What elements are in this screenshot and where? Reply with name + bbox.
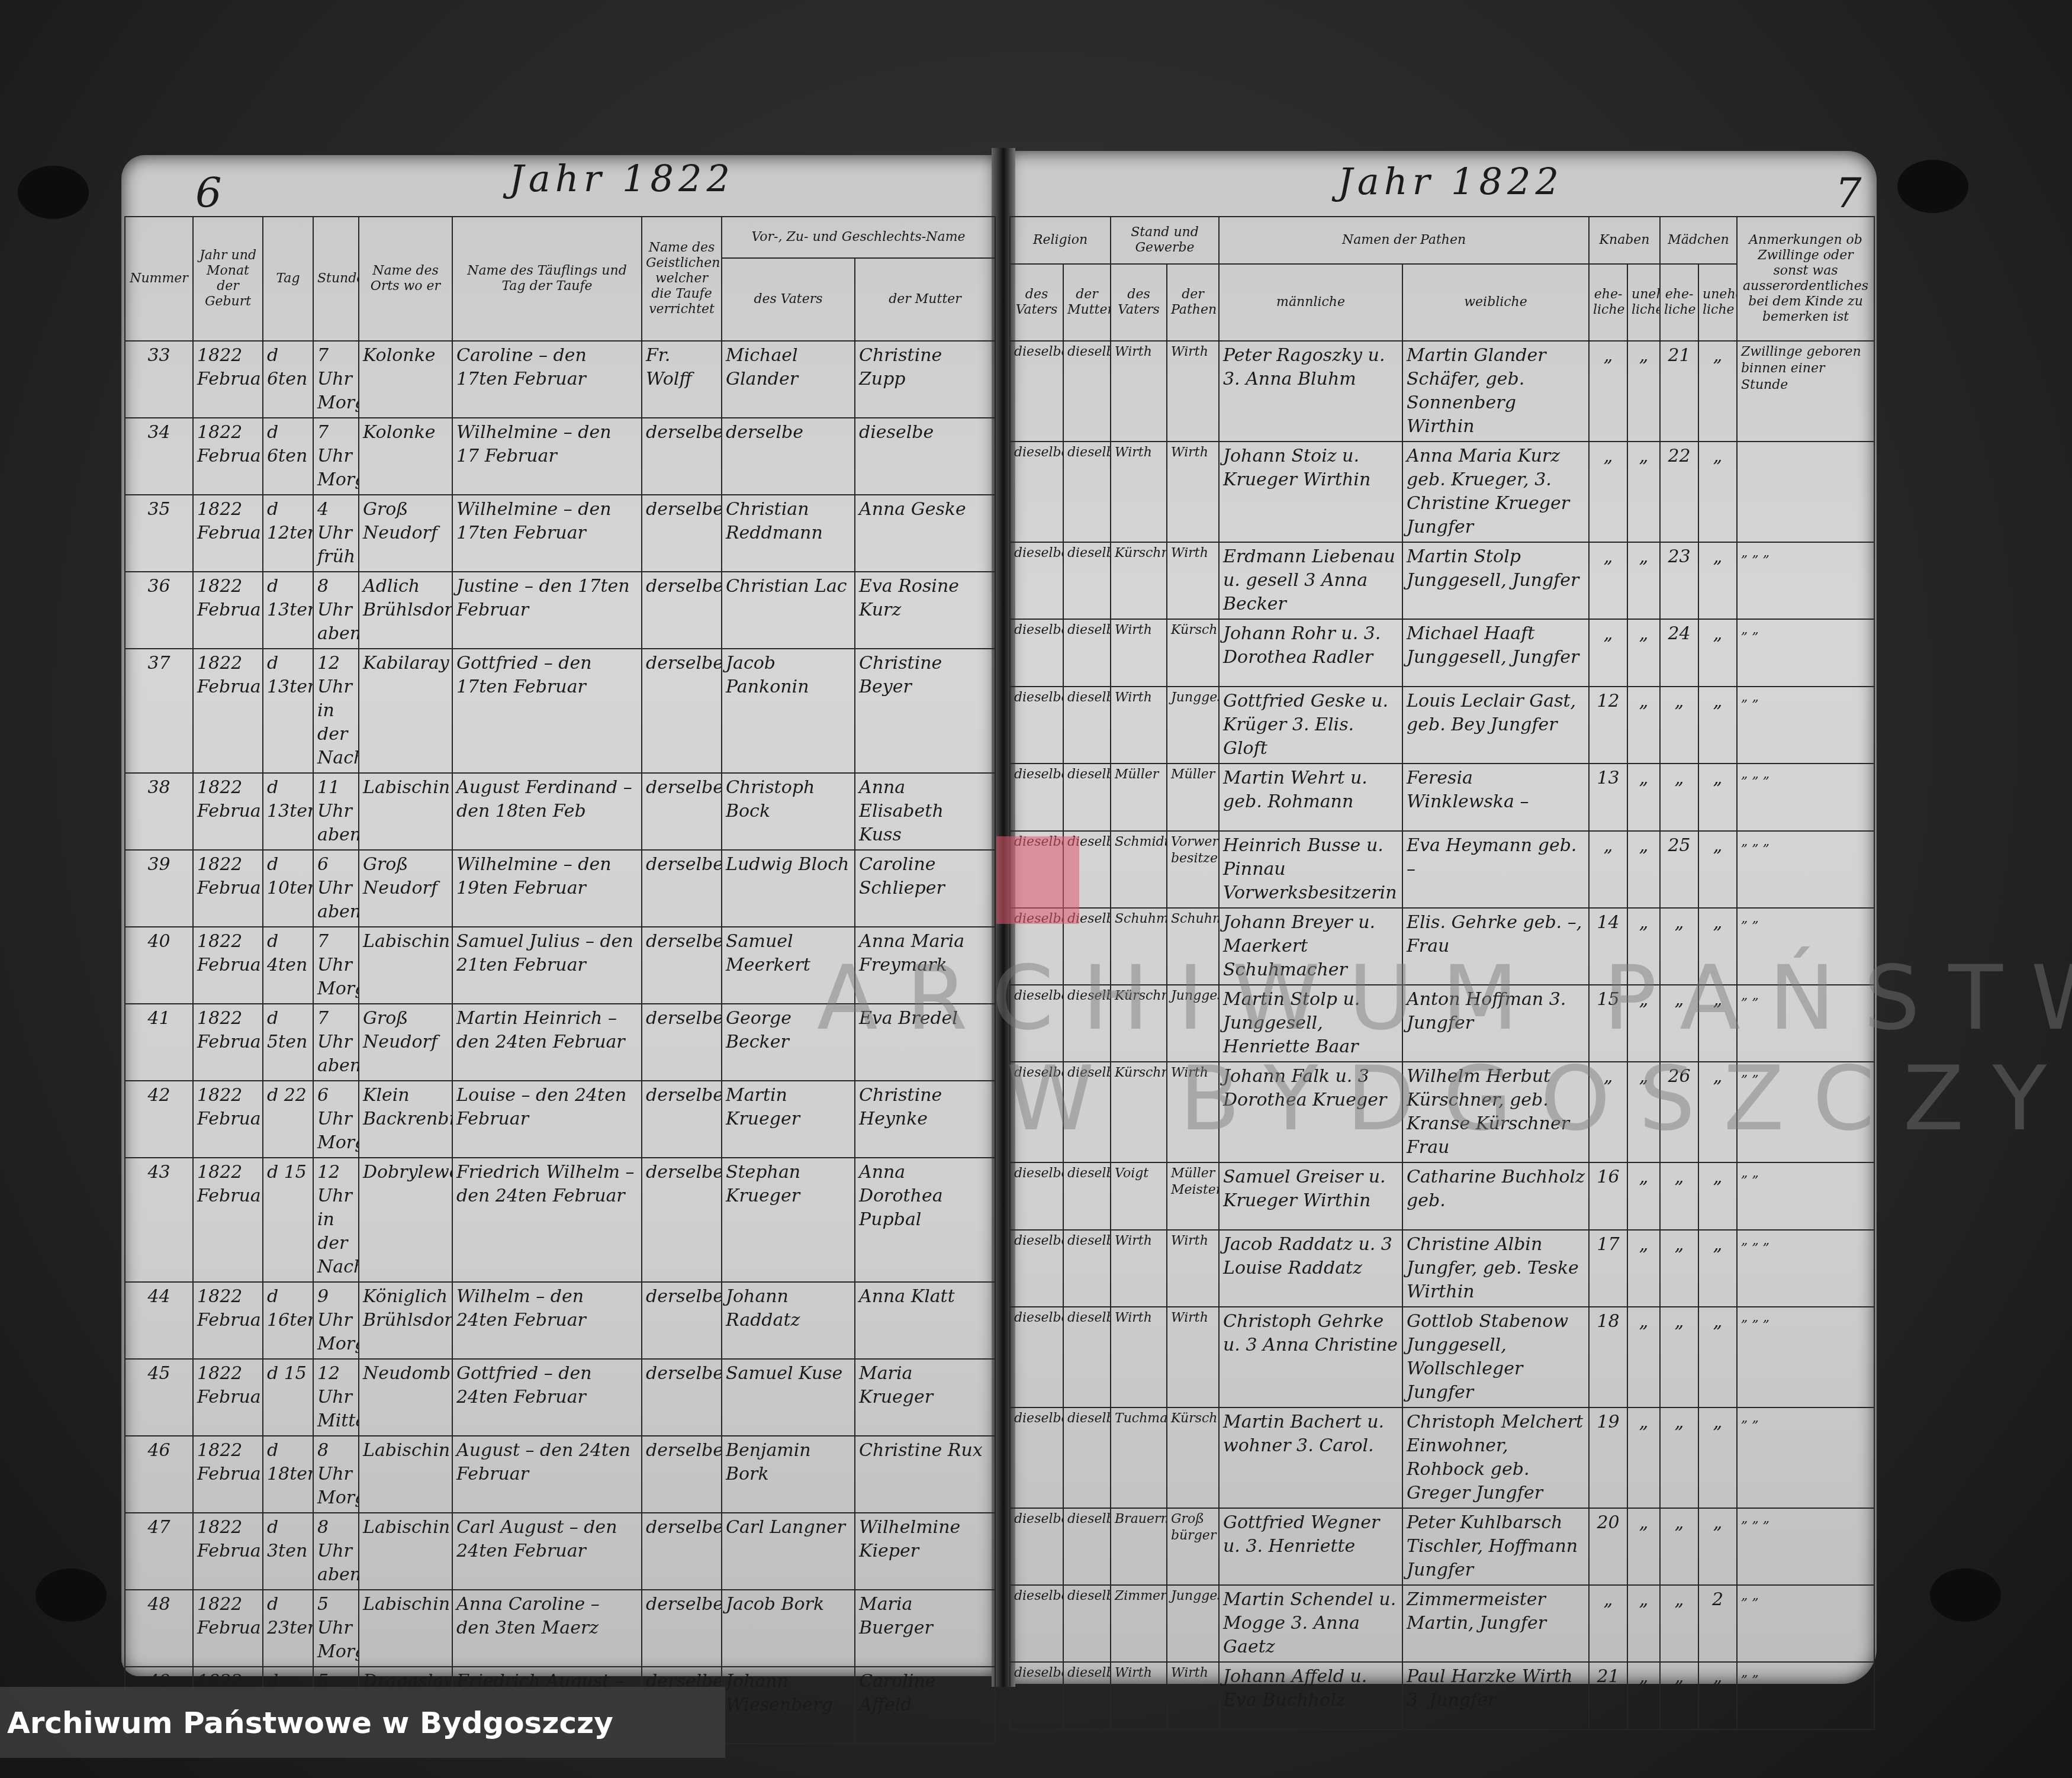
trade-father: Wirth [1111,1230,1167,1307]
birth-day: d 4ten [263,927,313,1004]
header-girls-illegit: unehe-liche [1698,264,1737,341]
remarks: „ „ [1737,619,1874,687]
religion-mother: dieselbe [1063,764,1111,831]
clergy-name: derselbe [642,495,722,572]
trade-father: Kürschner [1111,542,1167,619]
girls-illegitimate: „ [1698,341,1737,442]
girls-illegitimate: „ [1698,442,1737,542]
godparents-male: Heinrich Busse u. Pinnau Vorwerksbesitze… [1219,831,1402,908]
birth-year-month: 1822 Februar [193,1359,263,1436]
godparents-male: Martin Schendel u. Mogge 3. Anna Gaetz [1219,1585,1402,1662]
birth-day: d 15 [263,1158,313,1282]
header-male: männliche [1219,264,1402,341]
table-row: dieselbedieselbeVoigtMüller MeisterSamue… [1010,1162,1874,1230]
boys-legitimate: 21 [1589,1662,1627,1729]
binder-clip [36,1568,107,1622]
boys-illegitimate: „ [1627,619,1660,687]
table-row: dieselbedieselbeWirthJunggesellGottfried… [1010,687,1874,764]
godparents-male: Peter Ragoszky u. 3. Anna Bluhm [1219,341,1402,442]
boys-legitimate: „ [1589,341,1627,442]
birth-place: Kolonke [359,341,452,418]
religion-mother: dieselbe [1063,619,1111,687]
trade-godparents: Kürschner [1167,1407,1219,1508]
page-number-right: 7 [1835,169,1862,217]
header-female: weibliche [1402,264,1589,341]
entry-number: 38 [125,773,193,850]
birth-year-month: 1822 Februar [193,850,263,927]
clergy-name: derselbe [642,1081,722,1158]
birth-day: d 22 [263,1081,313,1158]
godparents-male: Johann Rohr u. 3. Dorothea Radler [1219,619,1402,687]
birth-year-month: 1822 Februar [193,1158,263,1282]
father-name: Ludwig Bloch [722,850,855,927]
remarks: „ „ [1737,1407,1874,1508]
religion-mother: dieselbe [1063,1162,1111,1230]
header-remarks: Anmerkungen ob Zwillinge oder sonst was … [1737,217,1874,341]
remarks: „ „ [1737,1162,1874,1230]
birth-place: Groß Neudorf [359,1004,452,1081]
religion-mother: dieselbe [1063,1662,1111,1729]
father-name: Benjamin Bork [722,1436,855,1513]
clergy-name: derselbe [642,773,722,850]
birth-hour: 6 Uhr Morgens [313,1081,359,1158]
birth-day: d 6ten [263,418,313,495]
girls-legitimate: 24 [1660,619,1698,687]
header-religion-mother: der Mutter [1063,264,1111,341]
binder-clip [1897,160,1968,213]
trade-father: Wirth [1111,1307,1167,1407]
girls-illegitimate: „ [1698,1407,1737,1508]
father-name: Carl Langner [722,1513,855,1590]
godparents-female: Martin Glander Schäfer, geb. Sonnenberg … [1402,341,1589,442]
father-name: Christoph Bock [722,773,855,850]
table-row: 441822 Februard 16ten9 Uhr MorgensKönigl… [125,1282,995,1359]
boys-legitimate: 17 [1589,1230,1627,1307]
trade-godparents: Groß bürger [1167,1508,1219,1585]
boys-illegitimate: „ [1627,1662,1660,1729]
trade-father: Wirth [1111,619,1167,687]
trade-godparents: Müller Meister [1167,1162,1219,1230]
child-name: Louise – den 24ten Februar [452,1081,642,1158]
entry-number: 45 [125,1359,193,1436]
godparents-female: Feresia Winklewska – [1402,764,1589,831]
trade-father: Müller [1111,764,1167,831]
trade-father: Wirth [1111,442,1167,542]
girls-illegitimate: „ [1698,1230,1737,1307]
mother-name: Anna Geske [855,495,995,572]
girls-illegitimate: „ [1698,764,1737,831]
child-name: Gottfried – den 17ten Februar [452,649,642,773]
girls-illegitimate: „ [1698,1662,1737,1729]
godparents-male: Martin Bachert u. wohner 3. Carol. [1219,1407,1402,1508]
remarks: „ „ „ [1737,764,1874,831]
girls-illegitimate: „ [1698,619,1737,687]
religion-father: dieselbe [1010,1307,1063,1407]
religion-father: dieselbe [1010,1230,1063,1307]
trade-godparents: Wirth [1167,1307,1219,1407]
table-row: dieselbedieselbeKürschnerWirthErdmann Li… [1010,542,1874,619]
birth-year-month: 1822 Februar [193,1436,263,1513]
clergy-name: derselbe [642,649,722,773]
mother-name: Caroline Affeld [855,1667,995,1744]
clergy-name: derselbe [642,1513,722,1590]
table-row: 391822 Februard 10ten6 Uhr abendsGroß Ne… [125,850,995,927]
boys-illegitimate: „ [1627,831,1660,908]
remarks: „ „ [1737,687,1874,764]
birth-hour: 12 Uhr in der Nacht [313,649,359,773]
birth-hour: 8 Uhr abends [313,1513,359,1590]
father-name: Michael Glander [722,341,855,418]
clergy-name: derselbe [642,572,722,649]
mother-name: Christine Beyer [855,649,995,773]
boys-legitimate: „ [1589,542,1627,619]
godparents-female: Martin Stolp Junggesell, Jungfer [1402,542,1589,619]
godparents-female: Anna Maria Kurz geb. Krueger, 3. Christi… [1402,442,1589,542]
birth-year-month: 1822 Februar [193,773,263,850]
girls-legitimate: „ [1660,1230,1698,1307]
header-boys: Knaben [1589,217,1660,264]
boys-illegitimate: „ [1627,1307,1660,1407]
child-name: August – den 24ten Februar [452,1436,642,1513]
birth-day: d 16ten [263,1282,313,1359]
year-heading-left: Jahr 1822 [509,157,735,200]
clergy-name: derselbe [642,850,722,927]
birth-place: Labischin [359,1513,452,1590]
birth-hour: 4 Uhr früh [313,495,359,572]
religion-father: dieselbe [1010,1585,1063,1662]
child-name: Carl August – den 24ten Februar [452,1513,642,1590]
child-name: Wilhelmine – den 17ten Februar [452,495,642,572]
boys-legitimate: „ [1589,442,1627,542]
birth-hour: 12 Uhr in der Nacht [313,1158,359,1282]
trade-father: Voigt [1111,1162,1167,1230]
trade-godparents: Wirth [1167,1662,1219,1729]
religion-mother: dieselbe [1063,542,1111,619]
clergy-name: derselbe [642,418,722,495]
birth-place: Königlich Brühlsdorf [359,1282,452,1359]
clergy-name: derselbe [642,927,722,1004]
birth-year-month: 1822 Februar [193,927,263,1004]
entry-number: 39 [125,850,193,927]
table-row: dieselbedieselbeWirthKürschnerJohann Roh… [1010,619,1874,687]
girls-legitimate: 23 [1660,542,1698,619]
birth-hour: 11 Uhr abends [313,773,359,850]
religion-father: dieselbe [1010,619,1063,687]
header-year-month: Jahr und Monat der Geburt [193,217,263,341]
table-row: dieselbedieselbeWirthWirthJohann Affeld … [1010,1662,1874,1729]
father-name: Samuel Kuse [722,1359,855,1436]
header-clergy: Name des Geistlichen welcher die Taufe v… [642,217,722,341]
mother-name: dieselbe [855,418,995,495]
entry-number: 44 [125,1282,193,1359]
boys-legitimate: 18 [1589,1307,1627,1407]
birth-hour: 8 Uhr abends [313,572,359,649]
entry-number: 34 [125,418,193,495]
girls-legitimate: 21 [1660,341,1698,442]
boys-illegitimate: „ [1627,1407,1660,1508]
godparents-female: Christine Albin Jungfer, geb. Teske Wirt… [1402,1230,1589,1307]
birth-year-month: 1822 Februar [193,1004,263,1081]
remarks: „ „ [1737,1662,1874,1729]
father-name: Christian Lac [722,572,855,649]
birth-year-month: 1822 Februar [193,1081,263,1158]
clergy-name: derselbe [642,1004,722,1081]
trade-godparents: Wirth [1167,542,1219,619]
birth-place: Adlich Brühlsdorf [359,572,452,649]
boys-legitimate: 13 [1589,764,1627,831]
birth-year-month: 1822 Februar [193,572,263,649]
girls-legitimate: „ [1660,687,1698,764]
header-trade-father: des Vaters [1111,264,1167,341]
entry-number: 48 [125,1590,193,1667]
remarks: „ „ [1737,1585,1874,1662]
girls-legitimate: „ [1660,1407,1698,1508]
godparents-female: Paul Harzke Wirth 3. Jungfer [1402,1662,1589,1729]
remarks: „ „ „ [1737,1508,1874,1585]
birth-hour: 7 Uhr Morgens [313,418,359,495]
boys-illegitimate: „ [1627,1585,1660,1662]
trade-godparents: Kürschner [1167,619,1219,687]
godparents-female: Zimmermeister Martin, Jungfer [1402,1585,1589,1662]
table-row: dieselbedieselbeBrauermeisterGroß bürger… [1010,1508,1874,1585]
birth-day: d 13ten [263,773,313,850]
mother-name: Eva Rosine Kurz [855,572,995,649]
header-day: Tag [263,217,313,341]
father-name: derselbe [722,418,855,495]
page-number-left: 6 [195,169,222,217]
child-name: Wilhelmine – den 19ten Februar [452,850,642,927]
godparents-male: Gottfried Geske u. Krüger 3. Elis. Gloft [1219,687,1402,764]
birth-year-month: 1822 Februar [193,1513,263,1590]
child-name: Wilhelm – den 24ten Februar [452,1282,642,1359]
birth-hour: 5 Uhr Morgens [313,1590,359,1667]
girls-legitimate: „ [1660,1508,1698,1585]
trade-godparents: Junggesell [1167,1585,1219,1662]
religion-father: dieselbe [1010,1407,1063,1508]
entry-number: 46 [125,1436,193,1513]
godparents-male: Gottfried Wegner u. 3. Henriette [1219,1508,1402,1585]
trade-father: Brauermeister [1111,1508,1167,1585]
birth-place: Kolonke [359,418,452,495]
religion-mother: dieselbe [1063,1585,1111,1662]
clergy-name: derselbe [642,1282,722,1359]
header-number: Nummer [125,217,193,341]
girls-legitimate: „ [1660,1585,1698,1662]
clergy-name: Fr. Wolff [642,341,722,418]
girls-illegitimate: „ [1698,687,1737,764]
header-trade: Stand und Gewerbe [1111,217,1219,264]
boys-legitimate: 20 [1589,1508,1627,1585]
binder-clip [1930,1568,2001,1622]
girls-illegitimate: „ [1698,1307,1737,1407]
table-row: dieselbedieselbeWirthWirthChristoph Gehr… [1010,1307,1874,1407]
table-row: 361822 Februard 13ten8 Uhr abendsAdlich … [125,572,995,649]
clergy-name: derselbe [642,1436,722,1513]
table-row: dieselbedieselbeSchmidtVorwerks besitzer… [1010,831,1874,908]
religion-father: dieselbe [1010,341,1063,442]
table-row: 451822 Februard 1512 Uhr MittagsNeudombi… [125,1359,995,1436]
entry-number: 37 [125,649,193,773]
clergy-name: derselbe [642,1359,722,1436]
archive-watermark-location: W BYDGOSZCZY [1006,1048,2072,1151]
birth-place: Neudombie [359,1359,452,1436]
header-boys-illegit: unehe-liche [1627,264,1660,341]
table-row: 421822 Februard 226 Uhr MorgensKlein Bac… [125,1081,995,1158]
religion-mother: dieselbe [1063,1230,1111,1307]
godparents-female: Catharine Buchholz geb. [1402,1162,1589,1230]
trade-father: Zimmermeister [1111,1585,1167,1662]
header-boys-legit: ehe-liche [1589,264,1627,341]
boys-legitimate: 19 [1589,1407,1627,1508]
religion-mother: dieselbe [1063,1307,1111,1407]
birth-year-month: 1822 Februar [193,418,263,495]
table-row: dieselbedieselbeWirthWirthJohann Stoiz u… [1010,442,1874,542]
entry-number: 40 [125,927,193,1004]
boys-legitimate: „ [1589,619,1627,687]
header-father: des Vaters [722,258,855,341]
birth-day: d 18ten [263,1436,313,1513]
birth-day: d 13ten [263,649,313,773]
remarks: „ „ „ [1737,831,1874,908]
girls-illegitimate: „ [1698,1162,1737,1230]
table-row: dieselbedieselbeMüllerMüllerMartin Wehrt… [1010,764,1874,831]
year-heading-right: Jahr 1822 [1338,160,1563,203]
religion-father: dieselbe [1010,1662,1063,1729]
father-name: Johann Wiesenberg [722,1667,855,1744]
binder-clip [18,166,89,219]
child-name: Anna Caroline – den 3ten Maerz [452,1590,642,1667]
birth-year-month: 1822 Februar [193,1590,263,1667]
mother-name: Anna Klatt [855,1282,995,1359]
girls-legitimate: 22 [1660,442,1698,542]
trade-godparents: Wirth [1167,341,1219,442]
father-name: Johann Raddatz [722,1282,855,1359]
birth-year-month: 1822 Februar [193,1282,263,1359]
archive-caption: Archiwum Państwowe w Bydgoszczy [7,1706,613,1740]
child-name: Wilhelmine – den 17 Februar [452,418,642,495]
child-name: Gottfried – den 24ten Februar [452,1359,642,1436]
girls-illegitimate: „ [1698,1508,1737,1585]
birth-place: Labischin [359,1590,452,1667]
godparents-female: Christoph Melchert Einwohner, Rohbock ge… [1402,1407,1589,1508]
remarks: „ „ „ [1737,542,1874,619]
table-row: 351822 Februard 12ten4 Uhr frühGroß Neud… [125,495,995,572]
birth-day: d 15 [263,1359,313,1436]
birth-place: Labischin [359,773,452,850]
birth-year-month: 1822 Februar [193,341,263,418]
table-row: dieselbedieselbeWirthWirthPeter Ragoszky… [1010,341,1874,442]
boys-illegitimate: „ [1627,1162,1660,1230]
birth-day: d 23ten [263,1590,313,1667]
religion-mother: dieselbe [1063,442,1111,542]
girls-legitimate: „ [1660,1307,1698,1407]
birth-day: d 13ten [263,572,313,649]
father-name: Christian Reddmann [722,495,855,572]
table-row: 331822 Februard 6ten7 Uhr MorgensKolonke… [125,341,995,418]
boys-illegitimate: „ [1627,687,1660,764]
godparents-female: Gottlob Stabenow Junggesell, Wollschlege… [1402,1307,1589,1407]
godparents-male: Martin Wehrt u. geb. Rohmann [1219,764,1402,831]
godparents-female: Peter Kuhlbarsch Tischler, Hoffmann Jung… [1402,1508,1589,1585]
table-row: 471822 Februard 3ten8 Uhr abendsLabischi… [125,1513,995,1590]
child-name: August Ferdinand – den 18ten Feb [452,773,642,850]
religion-father: dieselbe [1010,442,1063,542]
boys-illegitimate: „ [1627,1508,1660,1585]
remarks: Zwillinge geboren binnen einer Stunde [1737,341,1874,442]
table-row: 431822 Februard 1512 Uhr in der NachtDob… [125,1158,995,1282]
trade-godparents: Vorwerks besitzer [1167,831,1219,908]
mother-name: Anna Dorothea Pupbal [855,1158,995,1282]
table-row: dieselbedieselbeZimmermeisterJunggesellM… [1010,1585,1874,1662]
boys-legitimate: 16 [1589,1162,1627,1230]
entry-number: 43 [125,1158,193,1282]
trade-godparents: Junggesell [1167,687,1219,764]
trade-father: Tuchmacher [1111,1407,1167,1508]
header-mother: der Mutter [855,258,995,341]
boys-illegitimate: „ [1627,1230,1660,1307]
birth-day: d 3ten [263,1513,313,1590]
trade-father: Wirth [1111,687,1167,764]
birth-place: Klein Backrenbruch [359,1081,452,1158]
girls-legitimate: „ [1660,1162,1698,1230]
entry-number: 33 [125,341,193,418]
table-row: 461822 Februard 18ten8 Uhr MorgensLabisc… [125,1436,995,1513]
header-child-name: Name des Täuflings und Tag der Taufe [452,217,642,341]
religion-father: dieselbe [1010,542,1063,619]
birth-hour: 7 Uhr Morgens [313,927,359,1004]
header-hour: Stunde [313,217,359,341]
trade-father: Wirth [1111,341,1167,442]
trade-godparents: Wirth [1167,1230,1219,1307]
godparents-male: Johann Stoiz u. Krueger Wirthin [1219,442,1402,542]
birth-hour: 6 Uhr abends [313,850,359,927]
table-row: dieselbedieselbeTuchmacherKürschnerMarti… [1010,1407,1874,1508]
table-row: 341822 Februard 6ten7 Uhr MorgensKolonke… [125,418,995,495]
header-religion-father: des Vaters [1010,264,1063,341]
godparents-male: Johann Affeld u. Eva Buchholz [1219,1662,1402,1729]
birth-hour: 7 Uhr abends [313,1004,359,1081]
table-row: 371822 Februard 13ten12 Uhr in der Nacht… [125,649,995,773]
religion-father: dieselbe [1010,687,1063,764]
trade-godparents: Wirth [1167,442,1219,542]
header-parents-group: Vor-, Zu- und Geschlechts-Name [722,217,995,258]
religion-mother: dieselbe [1063,1407,1111,1508]
religion-mother: dieselbe [1063,341,1111,442]
father-name: Stephan Krueger [722,1158,855,1282]
clergy-name: derselbe [642,1590,722,1667]
child-name: Caroline – den 17ten Februar [452,341,642,418]
godparents-female: Louis Leclair Gast, geb. Bey Jungfer [1402,687,1589,764]
birth-hour: 8 Uhr Morgens [313,1436,359,1513]
trade-father: Wirth [1111,1662,1167,1729]
boys-legitimate: „ [1589,831,1627,908]
birth-year-month: 1822 Februar [193,649,263,773]
header-trade-godparents: der Pathen [1167,264,1219,341]
table-row: 381822 Februard 13ten11 Uhr abendsLabisc… [125,773,995,850]
godparents-male: Erdmann Liebenau u. gesell 3 Anna Becker [1219,542,1402,619]
archive-watermark: ARCHIWUM PAŃSTWOWE [817,947,2072,1050]
birth-place: Kabilaray [359,649,452,773]
boys-illegitimate: „ [1627,542,1660,619]
entry-number: 35 [125,495,193,572]
girls-illegitimate: „ [1698,542,1737,619]
girls-illegitimate: „ [1698,831,1737,908]
religion-mother: dieselbe [1063,687,1111,764]
header-religion: Religion [1010,217,1111,264]
birth-hour: 9 Uhr Morgens [313,1282,359,1359]
mother-name: Christine Zupp [855,341,995,418]
girls-legitimate: „ [1660,764,1698,831]
